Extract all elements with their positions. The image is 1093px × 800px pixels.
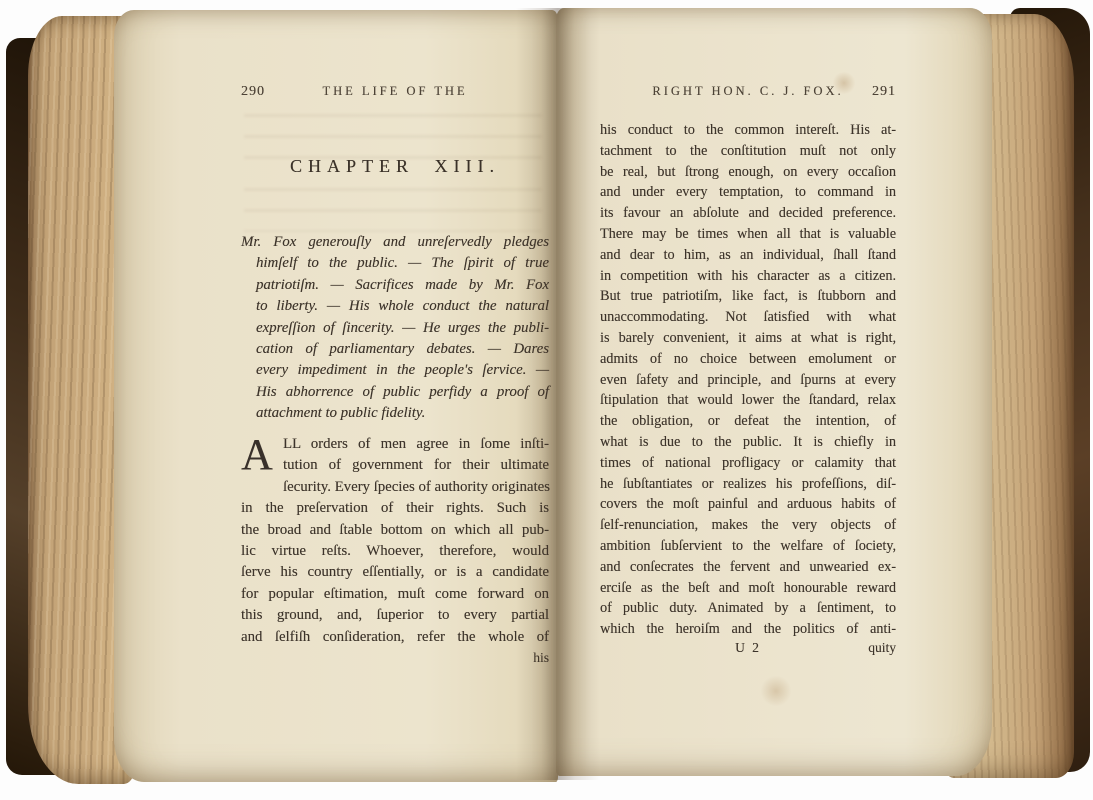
- text-line: times of national profligacy or calamity…: [600, 453, 896, 474]
- text-line: and dear to him, as an individual, ſhall…: [600, 245, 896, 266]
- text-line: ſelf-renunciation, makes the very object…: [600, 515, 896, 536]
- text-line: which the heroiſm and the politics of an…: [600, 619, 896, 640]
- text-line: ſecurity. Every ſpecies of authority ori…: [241, 477, 549, 498]
- text-line: ſerve his country eſſentially, or is a c…: [241, 562, 549, 583]
- text-line: be real, but ſtrong enough, on every occ…: [600, 162, 896, 183]
- text-line: in the preſervation of their rights. Suc…: [241, 498, 549, 519]
- right-page: RIGHT HON. C. J. FOX. 291 his conduct to…: [556, 8, 992, 776]
- text-line: tution of government for their ultimate: [241, 455, 549, 476]
- text-line: is barely convenient, it aims at what is…: [600, 328, 896, 349]
- open-book-photo: 290 THE LIFE OF THE CHAPTER XIII. Mr. Fo…: [0, 0, 1093, 800]
- text-line: ſtipulation that would lower the ſtandar…: [600, 390, 896, 411]
- text-line: of public duty. Animated by a ſentiment,…: [600, 598, 896, 619]
- page-number-left: 290: [241, 84, 265, 100]
- right-body-lines: his conduct to the common intereſt. His …: [600, 120, 896, 640]
- text-line: and ſelfiſh conſideration, refer the who…: [241, 627, 549, 648]
- text-line: lic virtue reſts. Whoever, therefore, wo…: [241, 541, 549, 562]
- text-line: himſelf to the public. — The ſpirit of t…: [241, 253, 549, 274]
- text-line: in competition with his character as a c…: [600, 266, 896, 287]
- text-line: attachment to public fidelity.: [241, 403, 549, 424]
- catchword-left: his: [241, 650, 549, 666]
- text-line: his conduct to the common intereſt. His …: [600, 120, 896, 141]
- text-line: There may be times when all that is valu…: [600, 224, 896, 245]
- text-line: to liberty. — His whole conduct the natu…: [241, 296, 549, 317]
- text-line: His abhorrence of public perfidy a proof…: [241, 382, 549, 403]
- text-line: the broad and ſtable bottom on which all…: [241, 520, 549, 541]
- text-line: its favour an abſolute and decided prefe…: [600, 203, 896, 224]
- text-line: and conſecrates the fervent and unwearie…: [600, 557, 896, 578]
- text-line: what is due to the public. It is chiefly…: [600, 432, 896, 453]
- text-line: covers the moſt painful and arduous habi…: [600, 494, 896, 515]
- right-page-text: RIGHT HON. C. J. FOX. 291 his conduct to…: [600, 84, 896, 734]
- text-line: Mr. Fox generouſly and unreſervedly pled…: [241, 232, 549, 253]
- drop-cap-A: A: [241, 435, 277, 477]
- text-line: even ſafety and principle, and ſpurns at…: [600, 370, 896, 391]
- text-line: unaccommodating. Not ſatisfied with what: [600, 307, 896, 328]
- left-body-text: A LL orders of men agree in ſome inſti-t…: [241, 434, 549, 648]
- left-running-head: 290 THE LIFE OF THE: [241, 84, 549, 99]
- text-line: for popular eſtimation, muſt come forwar…: [241, 584, 549, 605]
- gathering-signature: U 2: [735, 640, 761, 656]
- left-body-lines: LL orders of men agree in ſome inſti-tut…: [241, 434, 549, 648]
- right-running-head: RIGHT HON. C. J. FOX. 291: [600, 84, 896, 99]
- text-line: tachment to the conſtitution muſt not on…: [600, 141, 896, 162]
- page-number-right: 291: [872, 84, 896, 100]
- left-page: 290 THE LIFE OF THE CHAPTER XIII. Mr. Fo…: [114, 10, 558, 782]
- text-line: the obligation, or defeat the intention,…: [600, 411, 896, 432]
- text-line: LL orders of men agree in ſome inſti-: [241, 434, 549, 455]
- text-line: and under every temptation, to command i…: [600, 182, 896, 203]
- text-line: patriotiſm. — Sacrifices made by Mr. Fox: [241, 275, 549, 296]
- text-line: he ſubſtantiates or realizes his profeſſ…: [600, 474, 896, 495]
- running-title-left: THE LIFE OF THE: [322, 84, 467, 98]
- text-line: every impediment in the people's ſervice…: [241, 360, 549, 381]
- catchword-right: quity: [761, 640, 896, 656]
- left-page-text: 290 THE LIFE OF THE CHAPTER XIII. Mr. Fo…: [241, 84, 549, 744]
- text-line: erciſe as the beſt and moſt honourable r…: [600, 578, 896, 599]
- chapter-summary: Mr. Fox generouſly and unreſervedly pled…: [241, 232, 549, 425]
- text-line: ambition ſubſervient to the welfare of ſ…: [600, 536, 896, 557]
- chapter-heading: CHAPTER XIII.: [241, 156, 549, 177]
- text-line: But true patriotiſm, like fact, is ſtubb…: [600, 286, 896, 307]
- text-line: expreſſion of ſincerity. — He urges the …: [241, 318, 549, 339]
- running-title-right: RIGHT HON. C. J. FOX.: [652, 84, 843, 98]
- signature-line: U 2 quity: [600, 640, 896, 656]
- text-line: admits of no choice between emolument or: [600, 349, 896, 370]
- text-line: cation of parliamentary debates. — Dares: [241, 339, 549, 360]
- text-line: this ground, and, ſuperior to every part…: [241, 605, 549, 626]
